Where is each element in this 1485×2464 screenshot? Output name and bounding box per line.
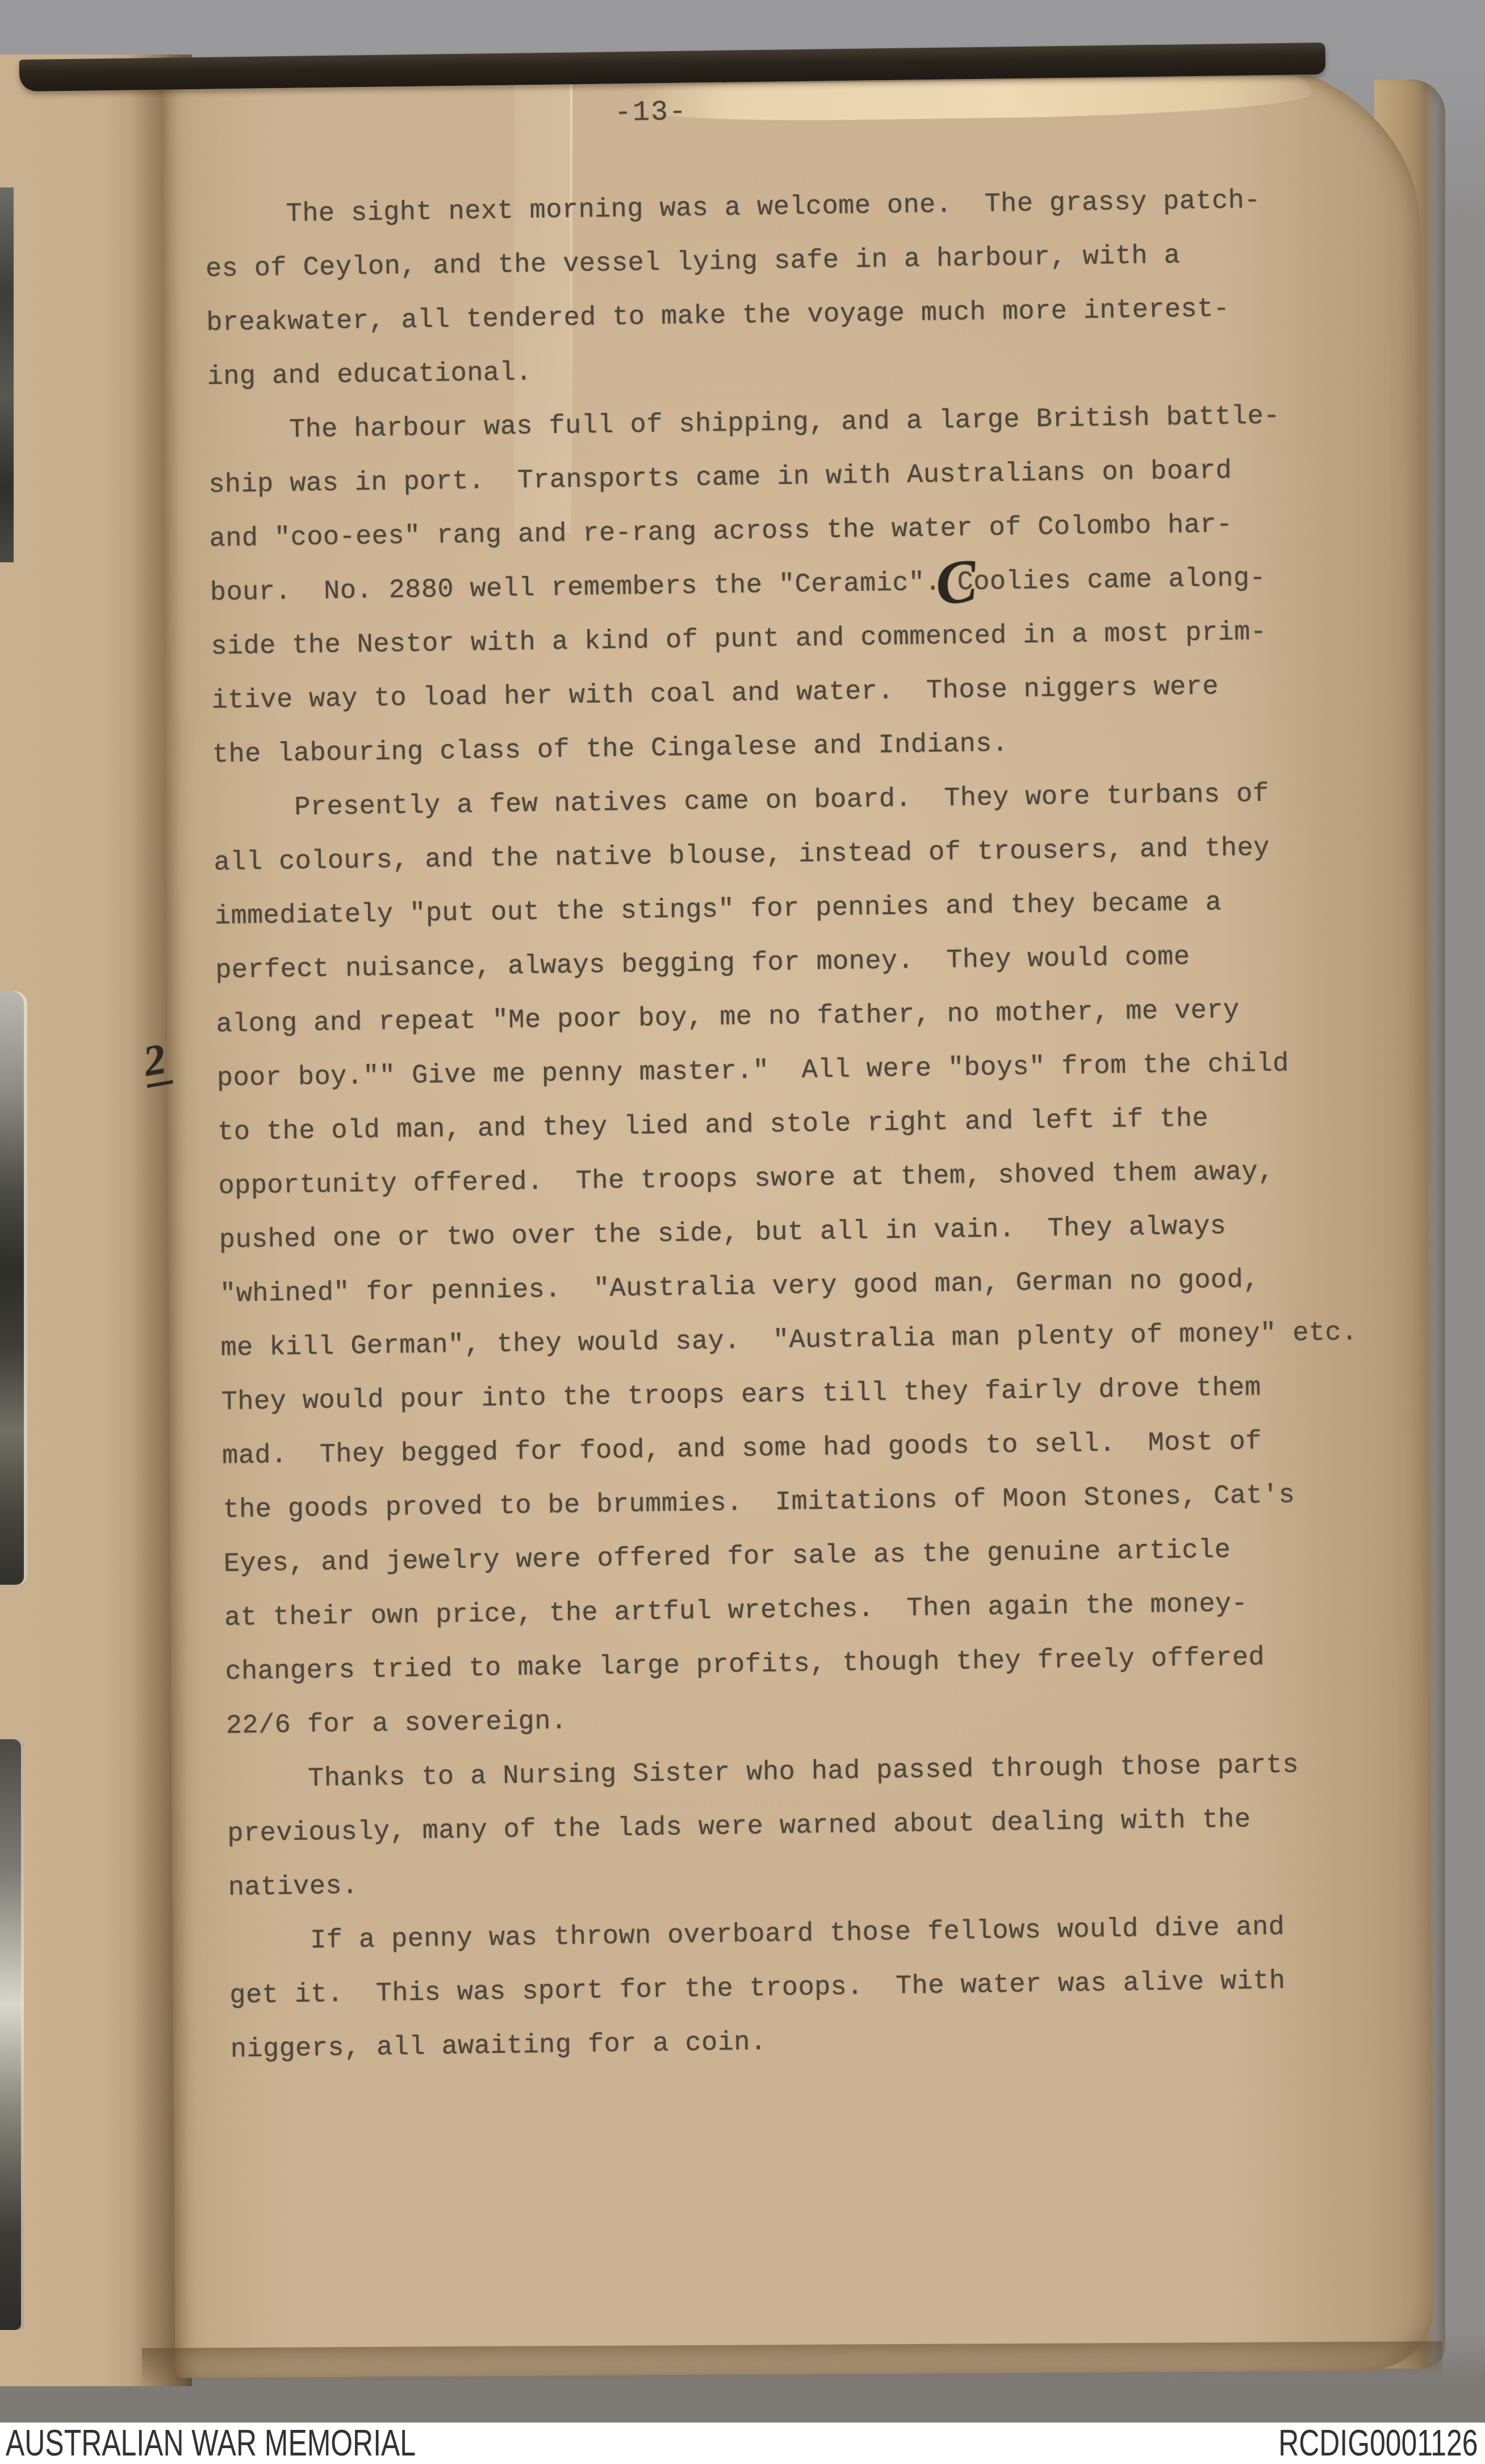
page-number: -13-	[614, 96, 688, 130]
photo-fragment-top	[0, 187, 14, 562]
archive-name-label: AUSTRALIAN WAR MEMORIAL	[6, 2423, 416, 2464]
handwritten-correction-c: C	[933, 550, 980, 616]
typed-text: The sight next morning was a welcome one…	[204, 173, 1368, 2077]
scanned-document-page: -13- The sight next morning was a welcom…	[0, 0, 1485, 2464]
archive-footer-bar: AUSTRALIAN WAR MEMORIAL RCDIG0001126	[0, 2423, 1485, 2464]
page-bottom-shadow	[142, 2341, 1442, 2383]
photo-fragment-bottom	[0, 1739, 24, 2330]
photo-fragment-middle	[0, 991, 27, 1585]
record-id-label: RCDIG0001126	[1279, 2423, 1478, 2464]
